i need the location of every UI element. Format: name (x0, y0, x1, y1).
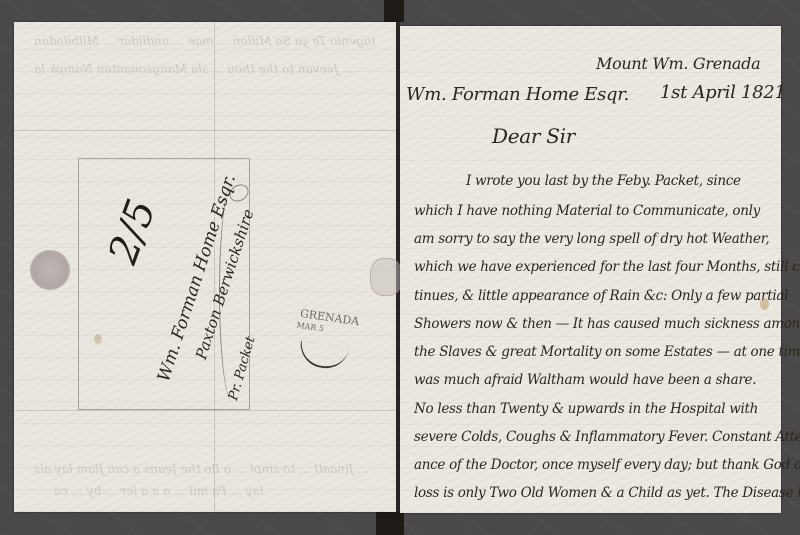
fold-line (14, 410, 396, 411)
foxing-stain (94, 334, 102, 344)
wax-seal-remnant (370, 258, 402, 296)
letter-page: Mount Wm. Grenada Wm. Forman Home Esqr. … (400, 26, 781, 513)
letter-line: I wrote you last by the Feby. Packet, si… (466, 173, 741, 189)
letter-line: Showers now & then — It has caused much … (414, 316, 800, 332)
address-flourish (219, 182, 246, 402)
foxing-stain (760, 298, 769, 310)
letter-line: loss is only Two Old Women & a Child as … (414, 485, 800, 501)
letter-line: was much afraid Waltham would have been … (414, 372, 756, 388)
letter-line: which we have experienced for the last f… (414, 259, 800, 275)
letter-date: 1st April 1821 (660, 82, 786, 103)
binding-shadow-top (384, 0, 404, 22)
letter-place: Mount Wm. Grenada (596, 54, 760, 73)
postmark-stamp: GRENADA MAR 5 (298, 308, 360, 340)
bleed-through-text: ... Jeevan to the thou ... sla Mangsonan… (34, 62, 354, 76)
letter-line: ance of the Doctor, once myself every da… (414, 457, 800, 473)
letter-line: severe Colds, Coughs & Inflammatory Feve… (414, 429, 800, 445)
letter-line: No less than Twenty & upwards in the Hos… (414, 401, 758, 417)
cover-sheet: ingenio Te ya Sa Millon ... mae ... andl… (14, 22, 396, 512)
letter-line: tinues, & little appearance of Rain &c: … (414, 288, 788, 304)
bleed-through-text: ... Jinaatl ... to sinpl ... o Ilo the J… (34, 462, 369, 476)
wax-seal-remnant (30, 250, 70, 290)
letter-line: am sorry to say the very long spell of d… (414, 231, 769, 247)
bleed-through-text: lay ... Pa mil ... a a a ler ... by ... … (54, 484, 264, 498)
binding-shadow-bottom (376, 512, 404, 535)
bleed-through-text: ingenio Te ya Sa Millon ... mae ... andl… (34, 34, 375, 48)
fold-line (14, 130, 396, 131)
letter-line: the Slaves & great Mortality on some Est… (414, 344, 800, 360)
letter-addressee: Wm. Forman Home Esqr. (406, 84, 629, 105)
postmark-arc (298, 341, 350, 372)
letter-salutation: Dear Sir (492, 124, 575, 148)
letter-line: which I have nothing Material to Communi… (414, 203, 760, 219)
